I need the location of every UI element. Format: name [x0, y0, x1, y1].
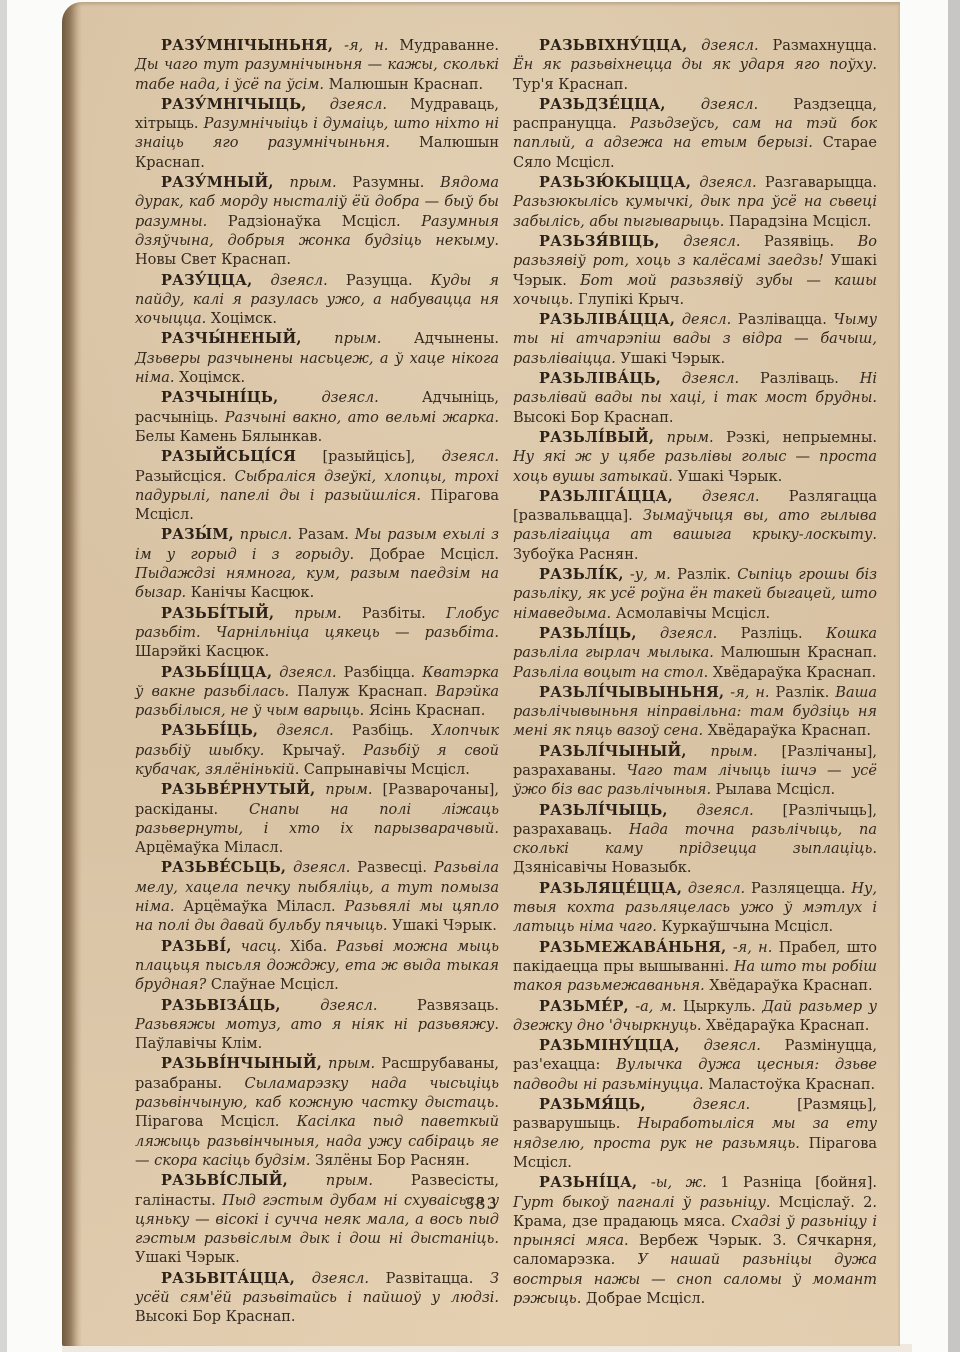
dictionary-entry: РАЗЬВІ́СЛЫЙ, прым. Развесісты, галінасты… — [135, 1171, 499, 1268]
definition-text: Добрае Мсцісл. — [581, 1291, 705, 1307]
headword: РАЗЬМЕ́Р, — [539, 998, 629, 1015]
example-text: Разчыні вакно, ато вельмі жарка. — [218, 410, 499, 426]
headword: РАЗЬВІ́СЛЫЙ, — [161, 1172, 288, 1189]
grammar-label: -я, н. — [333, 38, 388, 54]
definition-text: Ушакі Чэрык. — [135, 1250, 240, 1266]
definition-text: Радзіонаўка Мсцісл. — [207, 214, 400, 230]
grammar-label: -ы, ж. — [637, 1175, 706, 1191]
example-text: Разьліла воцыт на стол. — [513, 665, 708, 681]
headword: РАЗЬЛІ́ЦЬ, — [539, 625, 637, 642]
grammar-label: прым. — [687, 744, 758, 760]
definition-text: Хвёдараўка Краснап. — [703, 723, 871, 739]
definition-text: Паўлавічы Клім. — [135, 1036, 262, 1052]
definition-text: Хвёдараўка Краснап. — [708, 665, 876, 681]
headword: РАЗЬВІХНУ́ЦЦА, — [539, 37, 687, 54]
dictionary-entry: РАЗЬМЕ́Р, -а, м. Цыркуль. Дай разьмер у … — [513, 997, 877, 1037]
dictionary-entry: РАЗЬБІ́ЦЬ, дзеясл. Разбіць. Хлопчык разь… — [135, 721, 499, 780]
grammar-label: дзеясл. — [272, 665, 336, 681]
definition-text: Разлік. — [770, 685, 830, 701]
definition-text: Хвёдараўка Краснап. — [701, 1018, 869, 1034]
grammar-label: дзеясл. — [668, 803, 754, 819]
dictionary-entry: РАЗЬЛІВА́ЦЬ, дзеясл. Разліваць. Ні разьл… — [513, 369, 877, 428]
dictionary-entry: РАЗЬЛІВА́ЦЦА, деясл. Разлівацца. Чыму ты… — [513, 310, 877, 369]
dictionary-entry: РАЗЬБІ́ТЫЙ, прым. Разбіты. Глобус разьбі… — [135, 604, 499, 663]
grammar-label: дзеясл. — [278, 390, 378, 406]
headword: РАЗЬЛІ́ЧЫВЫНЬНЯ, — [539, 684, 724, 701]
dictionary-entry: РАЗЫ́М, прысл. Разам. Мы разым ехылі з і… — [135, 525, 499, 603]
scan-left-edge — [0, 0, 7, 1352]
headword: РАЗЬДЗЕ́ЦЦА, — [539, 96, 666, 113]
definition-text: Разбіць. — [334, 723, 414, 739]
definition-text: Развесці. — [350, 860, 427, 876]
definition-text: Асмолавічы Мсцісл. — [611, 606, 770, 622]
definition-text: Зялёны Бор Раснян. — [310, 1153, 469, 1169]
dictionary-entry: РАЗУ́МНІЧЫНЬНЯ, -я, н. Мудраванне. Ды ча… — [135, 36, 499, 95]
grammar-label: дзеясл. — [286, 860, 350, 876]
definition-text: Куркаўшчына Мсцісл. — [657, 919, 833, 935]
grammar-label: -а, м. — [629, 999, 677, 1015]
definition-text: Крычаў. — [264, 743, 345, 759]
definition-text: 1 Разніца [бойня]. — [707, 1175, 877, 1191]
dictionary-entry: РАЗЫЙСЬЦІ́СЯ [разыйцісь], дзеясл. Разыйс… — [135, 447, 499, 525]
grammar-label: дзеясл. — [295, 1271, 369, 1287]
definition-text: Канічы Касцюк. — [186, 585, 314, 601]
dictionary-entry: РАЗЬЛІ́ЧЫНЫЙ, прым. [Разлічаны], разраха… — [513, 742, 877, 801]
grammar-label: дзеясл. — [307, 97, 387, 113]
headword: РАЗЬБІ́ТЫЙ, — [161, 605, 274, 622]
definition-text: Размахнуцца. — [759, 38, 877, 54]
dictionary-entry: РАЗЬЛЯЦЕ́ЦЦА, дзеясл. Разляцецца. Ну, тв… — [513, 879, 877, 938]
scan-right-edge — [948, 0, 960, 1352]
headword: РАЗЬЛІ́ЧЫЦЬ, — [539, 802, 668, 819]
headword: РАЗЬВІЗА́ЦЬ, — [161, 997, 281, 1014]
headword: РАЗЬНІ́ЦА, — [539, 1174, 637, 1191]
grammar-label: дзеясл. — [687, 38, 758, 54]
dictionary-entry: РАЗЬЛІ́ЧЫЦЬ, дзеясл. [Разлічыць], разрах… — [513, 801, 877, 879]
definition-text: Рэзкі, непрыемны. — [714, 430, 877, 446]
page-gutter-shadow — [62, 2, 82, 1346]
definition-text: Разыйсціся. — [135, 469, 226, 485]
dictionary-entry: РАЗЬВЕ́СЬЦЬ, дзеясл. Развесці. Разьвіла … — [135, 858, 499, 936]
headword: РАЗЬЛІ́К, — [539, 566, 624, 583]
definition-text: Зубоўка Раснян. — [513, 547, 638, 563]
text-column-left: РАЗУ́МНІЧЫНЬНЯ, -я, н. Мудраванне. Ды ча… — [135, 36, 499, 1328]
headword: РАЗЬБІ́ЦЦА, — [161, 664, 272, 681]
headword: РАЗЬЗЯ́ВІЦЬ, — [539, 233, 660, 250]
headword: РАЗЬЛІ́ВЫЙ, — [539, 429, 654, 446]
definition-text: Разліць. — [717, 626, 802, 642]
example-text: Разьвяжы мотуз, ато я ніяк ні разьвяжу. — [135, 1017, 499, 1033]
dictionary-entry: РАЗЬЗЮ́КЫЦЦА, дзеясл. Разгаварыцца. Разь… — [513, 173, 877, 232]
definition-text: Сапрынавічы Мсцісл. — [299, 762, 470, 778]
definition-text: Рылава Мсцісл. — [711, 782, 835, 798]
dictionary-entry: РАЗЬМІНУ́ЦЦА, дзеясл. Размінуцца, раз'ех… — [513, 1036, 877, 1095]
dictionary-entry: РАЗЬЗЯ́ВІЦЬ, дзеясл. Разявіць. Во разьзя… — [513, 232, 877, 310]
definition-text: Высокі Бор Краснап. — [513, 410, 673, 426]
headword: РАЗЬЛЯЦЕ́ЦЦА, — [539, 880, 682, 897]
grammar-label: -я, н. — [724, 685, 769, 701]
dictionary-entry: РАЗЧЫ́НЕНЫЙ, прым. Адчынены. Дзьверы раз… — [135, 329, 499, 388]
example-text: Бот мой разьзявіў зубы — кашы хочыць. — [513, 273, 877, 308]
definition-text: Разбіты. — [342, 606, 426, 622]
headword: РАЗЬЛІВА́ЦЦА, — [539, 311, 675, 328]
headword: РАЗЬВІТА́ЦЦА, — [161, 1270, 295, 1287]
grammar-label: прым. — [322, 1056, 375, 1072]
dictionary-entry: РАЗЬБІ́ЦЦА, дзеясл. Разбіцца. Кватэрка ў… — [135, 663, 499, 722]
definition-text: Арцёмаўка Міласл. — [135, 840, 283, 856]
definition-text: Пірагова Мсцісл. — [135, 1114, 279, 1130]
headword: РАЗУ́МНІЧЫЦЬ, — [161, 96, 307, 113]
definition-text: Разляцецца. — [745, 881, 845, 897]
headword: РАЗЬВЕ́РНУТЫЙ, — [161, 781, 315, 798]
text-column-right: РАЗЬВІХНУ́ЦЦА, дзеясл. Размахнуцца. Ён я… — [513, 36, 877, 1328]
dictionary-entry: РАЗЬЛІ́К, -у, м. Разлік. Сыпіць грошы бі… — [513, 565, 877, 624]
definition-text: Разгаварыцца. — [757, 175, 877, 191]
grammar-label: прым. — [288, 1173, 373, 1189]
grammar-label: прым. — [302, 331, 382, 347]
grammar-label: дзеясл. — [682, 881, 745, 897]
headword: РАЗЬВІ́НЧЫНЫЙ, — [161, 1055, 322, 1072]
headword: РАЗУ́МНІЧЫНЬНЯ, — [161, 37, 333, 54]
dictionary-entry: РАЗЬЛІ́ЧЫВЫНЬНЯ, -я, н. Разлік. Ваша раз… — [513, 683, 877, 742]
grammar-label: прым. — [274, 606, 341, 622]
grammar-label: дзеясл. — [666, 97, 758, 113]
example-text: Ён як разьвіхнецца ды як ударя яго поўху… — [513, 57, 877, 73]
definition-text: Тур'я Краснап. — [513, 77, 628, 93]
definition-text: Ушакі Чэрык. — [616, 351, 725, 367]
grammar-label: дзеясл. — [661, 371, 739, 387]
dictionary-entry: РАЗЬВІ́НЧЫНЫЙ, прым. Расшрубаваны, разаб… — [135, 1054, 499, 1171]
headword: РАЗЬЗЮ́КЫЦЦА, — [539, 174, 691, 191]
dictionary-entry: РАЗЬЛІГА́ЦЦА, дзеясл. Разлягацца [развал… — [513, 487, 877, 565]
headword: РАЗЬБІ́ЦЬ, — [161, 722, 258, 739]
grammar-label: дзеясл. — [415, 449, 499, 465]
dictionary-entry: РАЗЬВІ́, часц. Хіба. Разьві можна мыць п… — [135, 937, 499, 996]
headword: РАЗУ́МНЫЙ, — [161, 174, 274, 191]
definition-text: Новы Свет Краснап. — [135, 252, 291, 268]
grammar-label: -я, н. — [726, 940, 772, 956]
dictionary-entry: РАЗЬВІЗА́ЦЬ, дзеясл. Развязаць. Разьвяжы… — [135, 996, 499, 1055]
definition-text: Ясінь Краснап. — [364, 703, 485, 719]
grammar-label: прым. — [654, 430, 713, 446]
definition-text: Разявіць. — [740, 234, 834, 250]
headword: РАЗЫ́М, — [161, 526, 234, 543]
headword: РАЗЬВЕ́СЬЦЬ, — [161, 859, 286, 876]
grammar-label: прым. — [315, 782, 372, 798]
definition-text: Разлівацца. — [731, 312, 827, 328]
definition-text: Разам. — [292, 527, 349, 543]
grammar-label: прым. — [274, 175, 337, 191]
definition-text: Хоцімск. — [174, 370, 245, 386]
grammar-label: прысл. — [234, 527, 292, 543]
definition-text: Хоцімск. — [206, 311, 277, 327]
headword: РАЗЬМЕЖАВА́НЬНЯ, — [539, 939, 726, 956]
dictionary-entry: РАЗЬЛІ́ЦЬ, дзеясл. Разліць. Кошка разьлі… — [513, 624, 877, 683]
definition-text: Добрае Мсцісл. — [354, 547, 499, 563]
dictionary-entry: РАЗЬВІХНУ́ЦЦА, дзеясл. Размахнуцца. Ён я… — [513, 36, 877, 95]
grammar-label: дзеясл. — [252, 273, 327, 289]
dictionary-text-area: РАЗУ́МНІЧЫНЬНЯ, -я, н. Мудраванне. Ды ча… — [135, 36, 877, 1328]
dictionary-entry: РАЗУ́МНЫЙ, прым. Разумны. Вядома дурак, … — [135, 173, 499, 270]
definition-text: Хіба. — [281, 939, 327, 955]
definition-text: Хвёдараўка Краснап. — [705, 978, 873, 994]
grammar-label: дзеясл. — [680, 1038, 761, 1054]
definition-text: Ушакі Чэрык. — [673, 469, 782, 485]
definition-text: Разуцца. — [328, 273, 413, 289]
headword: РАЗЬЛІ́ЧЫНЫЙ, — [539, 743, 687, 760]
dictionary-entry: РАЗЧЫНІ́ЦЬ, дзеясл. Адчыніць, расчыніць.… — [135, 388, 499, 447]
grammar-label: дзеясл. — [691, 175, 757, 191]
definition-text: Разбіцца. — [337, 665, 416, 681]
definition-text: Белы Камень Бялынкав. — [135, 429, 322, 445]
headword: РАЗЧЫНІ́ЦЬ, — [161, 389, 278, 406]
grammar-label: дзеясл. — [660, 234, 741, 250]
page-number: 383 — [62, 1194, 900, 1213]
definition-text: Палуж Краснап. — [289, 684, 427, 700]
definition-text: Разумны. — [337, 175, 425, 191]
definition-text: Адчынены. — [381, 331, 499, 347]
grammar-label: дзеясл. — [258, 723, 334, 739]
book-page: РАЗУ́МНІЧЫНЬНЯ, -я, н. Мудраванне. Ды ча… — [62, 2, 900, 1346]
definition-text: Цыркуль. — [677, 999, 756, 1015]
dictionary-entry: РАЗЬЛІ́ВЫЙ, прым. Рэзкі, непрыемны. Ну я… — [513, 428, 877, 487]
definition-text: Малюшын Краснап. — [324, 77, 483, 93]
dictionary-entry: РАЗЬДЗЕ́ЦЦА, дзеясл. Раздзецца, распрану… — [513, 95, 877, 173]
dictionary-entry: РАЗЬВЕ́РНУТЫЙ, прым. [Разварочаны], раск… — [135, 780, 499, 858]
dictionary-entry: РАЗЬВІТА́ЦЦА, дзеясл. Развітацца. З усёй… — [135, 1269, 499, 1328]
definition-text: Высокі Бор Краснап. — [135, 1309, 295, 1325]
dictionary-entry: РАЗЬМЯ́ЦЬ, дзеясл. [Размяць], разварушыц… — [513, 1095, 877, 1173]
grammar-label: дзеясл. — [673, 489, 760, 505]
dictionary-entry: РАЗУ́МНІЧЫЦЬ, дзеясл. Мудраваць, хітрыць… — [135, 95, 499, 173]
grammar-label: -у, м. — [624, 567, 671, 583]
grammar-label: дзеясл. — [646, 1097, 750, 1113]
headword: РАЗЬМЯ́ЦЬ, — [539, 1096, 646, 1113]
headword: РАЗЧЫ́НЕНЫЙ, — [161, 330, 302, 347]
definition-text: Ушакі Чэрык. — [387, 918, 496, 934]
definition-text: Развітацца. — [369, 1271, 473, 1287]
definition-text: Дзянісавічы Новазыбк. — [513, 860, 691, 876]
dictionary-entry: РАЗУ́ЦЦА, дзеясл. Разуцца. Куды я пайду,… — [135, 271, 499, 330]
definition-text: Слаўнае Мсцісл. — [206, 977, 338, 993]
definition-text: Разлік. — [671, 567, 731, 583]
grammar-label: дзеясл. — [281, 998, 378, 1014]
definition-text: Малюшын Краснап. — [714, 645, 877, 661]
definition-text: [разыйцісь], — [296, 449, 415, 465]
definition-text: Мудраванне. — [388, 38, 499, 54]
definition-text: Парадзіна Мсцісл. — [724, 214, 871, 230]
dictionary-entry: РАЗЬМЕЖАВА́НЬНЯ, -я, н. Прабел, што пакі… — [513, 938, 877, 997]
grammar-label: дзеясл. — [637, 626, 718, 642]
headword: РАЗЬЛІГА́ЦЦА, — [539, 488, 673, 505]
definition-text: Арцёмаўка Міласл. — [174, 899, 335, 915]
grammar-label: деясл. — [675, 312, 731, 328]
definition-text: Глупікі Крыч. — [573, 292, 684, 308]
headword: РАЗЬЛІВА́ЦЬ, — [539, 370, 661, 387]
definition-text: Разліваць. — [739, 371, 839, 387]
headword: РАЗЬМІНУ́ЦЦА, — [539, 1037, 680, 1054]
grammar-label: часц. — [232, 939, 282, 955]
definition-text: Маластоўка Краснап. — [704, 1077, 876, 1093]
headword: РАЗУ́ЦЦА, — [161, 272, 252, 289]
definition-text: Шарэйкі Касцюк. — [135, 644, 269, 660]
headword: РАЗЫЙСЬЦІ́СЯ — [161, 448, 296, 465]
definition-text: Развязаць. — [377, 998, 499, 1014]
headword: РАЗЬВІ́, — [161, 938, 232, 955]
